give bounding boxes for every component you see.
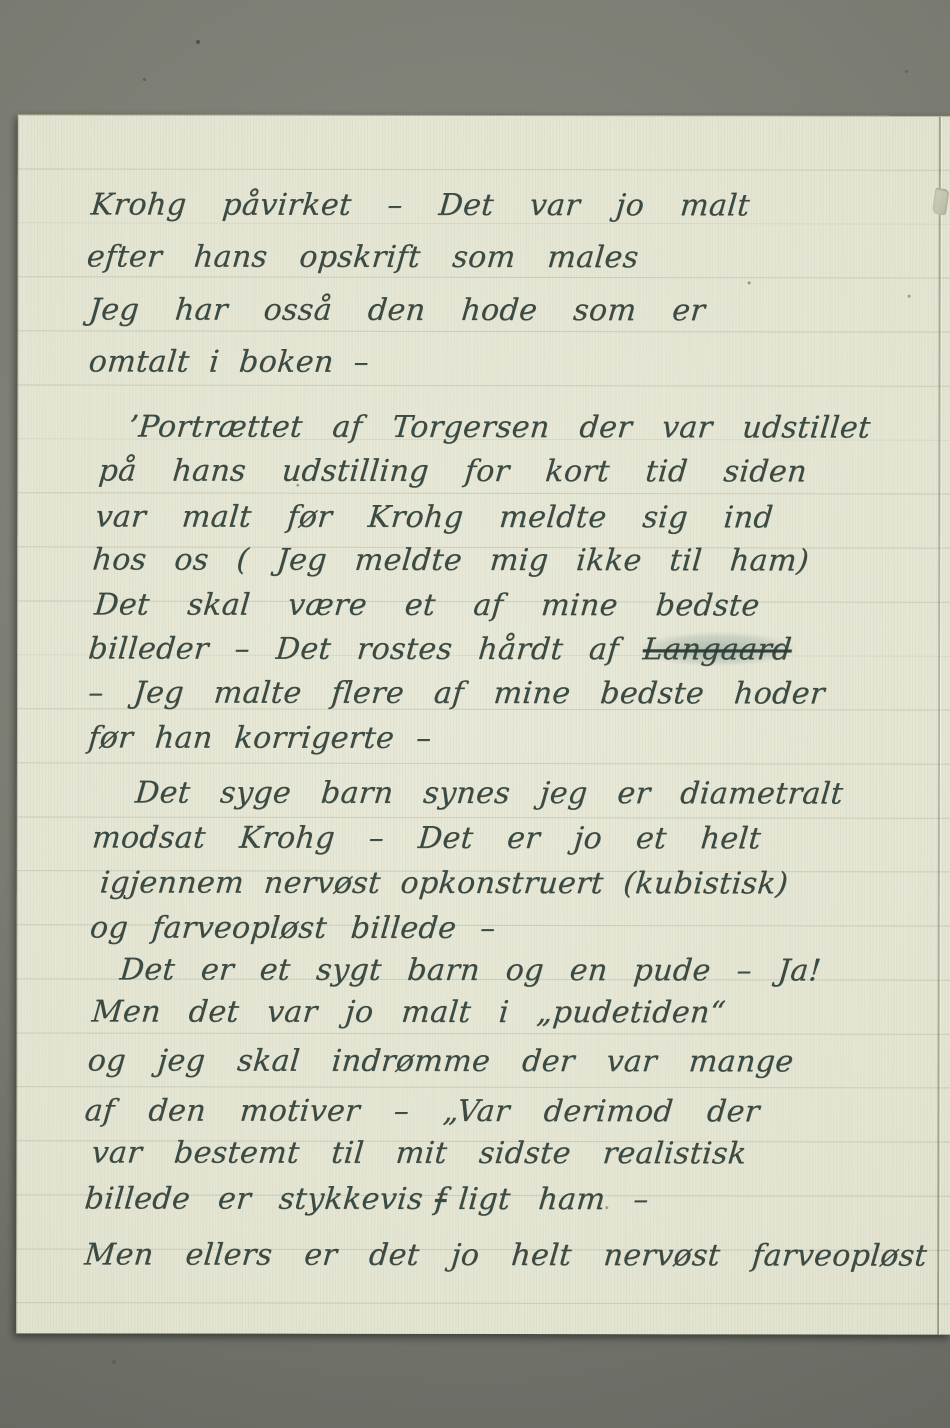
line-text: billede er stykkevis bbox=[83, 1181, 424, 1216]
handwritten-line: af den motiver – „Var derimod der bbox=[83, 1096, 761, 1127]
handwritten-line: og farveopløst billede – bbox=[89, 913, 497, 944]
handwritten-line: Krohg påvirket – Det var jo malt bbox=[90, 190, 751, 221]
handwritten-line: var bestemt til mit sidste realistisk bbox=[90, 1138, 748, 1169]
handwritten-line: Jeg har osså den hode som er bbox=[88, 295, 707, 326]
handwritten-line: Det er et sygt barn og en pude – Ja! bbox=[119, 955, 823, 986]
handwritten-line: billede er stykkevisfligt ham – bbox=[83, 1184, 650, 1215]
handwritten-line: – Jeg malte flere af mine bedste hoder bbox=[87, 678, 826, 709]
handwritten-line: billeder – Det rostes hårdt afLangaard bbox=[87, 634, 801, 665]
line-text: billeder – Det rostes hårdt af bbox=[87, 631, 621, 667]
paper-speck bbox=[908, 295, 911, 298]
line-text: ligt ham – bbox=[457, 1182, 650, 1217]
handwritten-line: Det skal være et af mine bedste bbox=[93, 590, 761, 621]
underlying-page-edge bbox=[937, 117, 941, 1335]
handwritten-line: omtalt i boken – bbox=[87, 347, 370, 377]
struck-character: f bbox=[433, 1182, 448, 1217]
paper-speck bbox=[748, 281, 751, 284]
struck-word-smudge: Langaard bbox=[633, 630, 801, 669]
handwritten-line: Men ellers er det jo helt nervøst farveo… bbox=[83, 1240, 928, 1271]
handwritten-line: og jeg skal indrømme der var mange bbox=[87, 1046, 795, 1077]
handwritten-line: var malt før Krohg meldte sig ind bbox=[94, 502, 774, 533]
handwritten-line: på hans udstilling for kort tid siden bbox=[97, 456, 808, 487]
handwritten-line: før han korrigerte – bbox=[87, 723, 433, 753]
handwritten-line: igjennem nervøst opkonstruert (kubistisk… bbox=[99, 868, 790, 899]
handwritten-line: Men det var jo malt i „pudetiden“ bbox=[91, 997, 727, 1028]
handwritten-line: hos os ( Jeg meldte mig ikke til ham) bbox=[91, 545, 810, 576]
handwritten-line: Det syge barn synes jeg er diametralt bbox=[134, 779, 845, 810]
handwritten-line: modsat Krohg – Det er jo et helt bbox=[91, 823, 762, 854]
manuscript-page: Krohg påvirket – Det var jo malt efter h… bbox=[16, 114, 950, 1334]
handwritten-line: efter hans opskrift som males bbox=[86, 242, 640, 273]
paper-tear-notch bbox=[932, 188, 950, 216]
handwritten-line: ’Portrættet af Torgersen der var udstill… bbox=[127, 413, 871, 444]
